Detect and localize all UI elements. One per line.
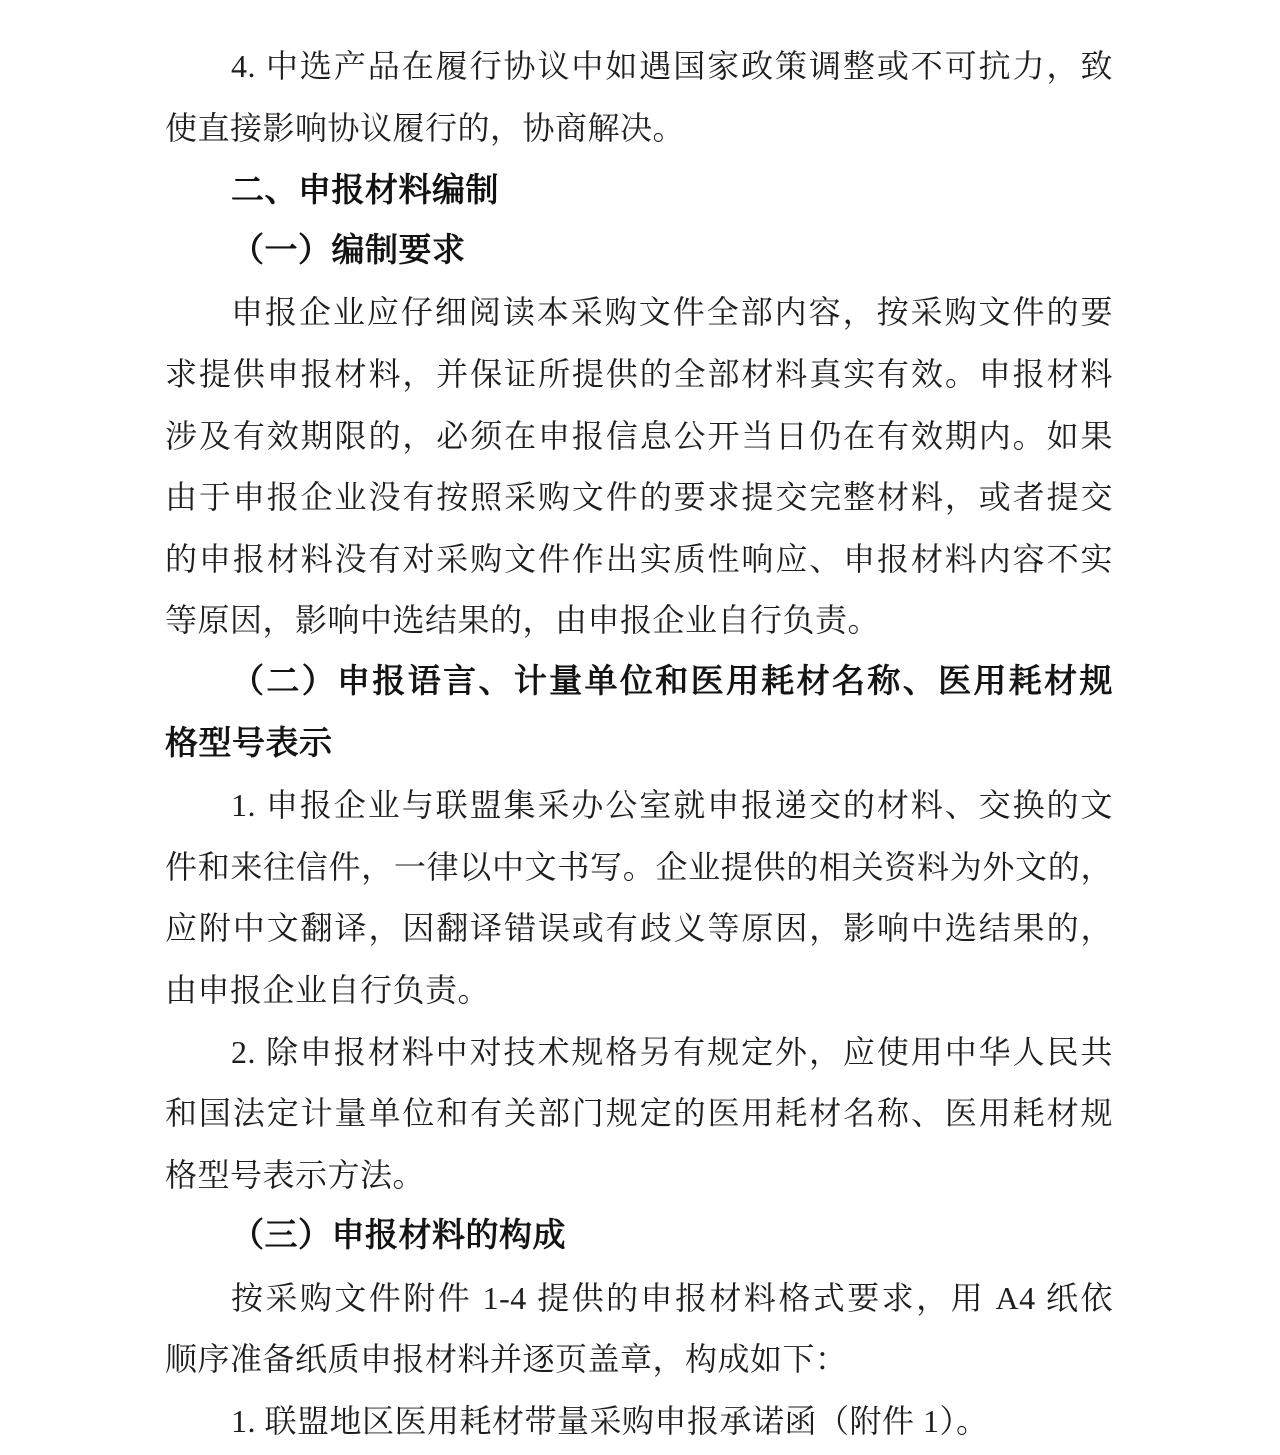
body-text-line: 顺序准备纸质申报材料并逐页盖章，构成如下： bbox=[165, 1329, 1113, 1391]
body-text-line: 1. 申报企业与联盟集采办公室就申报递交的材料、交换的文 bbox=[165, 775, 1113, 837]
subsection-heading: （二）申报语言、计量单位和医用耗材名称、医用耗材规 bbox=[165, 652, 1113, 714]
body-text-line: 和国法定计量单位和有关部门规定的医用耗材名称、医用耗材规 bbox=[165, 1083, 1113, 1145]
body-text-line: 涉及有效期限的，必须在申报信息公开当日仍在有效期内。如果 bbox=[165, 406, 1113, 468]
body-text-line: 4. 中选产品在履行协议中如遇国家政策调整或不可抗力，致 bbox=[165, 36, 1113, 98]
body-text-line: 由申报企业自行负责。 bbox=[165, 960, 1113, 1022]
body-text-line: 申报企业应仔细阅读本采购文件全部内容，按采购文件的要 bbox=[165, 282, 1113, 344]
subsection-heading: （一）编制要求 bbox=[165, 221, 1113, 283]
body-text-line: 使直接影响协议履行的，协商解决。 bbox=[165, 98, 1113, 160]
body-text-line: 由于申报企业没有按照采购文件的要求提交完整材料，或者提交 bbox=[165, 467, 1113, 529]
body-text-line: 求提供申报材料，并保证所提供的全部材料真实有效。申报材料 bbox=[165, 344, 1113, 406]
subsection-heading: （三）申报材料的构成 bbox=[165, 1206, 1113, 1268]
body-text-line: 等原因，影响中选结果的，由申报企业自行负责。 bbox=[165, 590, 1113, 652]
body-text-line: 1. 联盟地区医用耗材带量采购申报承诺函（附件 1）。 bbox=[165, 1391, 1113, 1453]
document-text-block: 4. 中选产品在履行协议中如遇国家政策调整或不可抗力，致使直接影响协议履行的，协… bbox=[165, 36, 1113, 1453]
body-text-line: 件和来往信件，一律以中文书写。企业提供的相关资料为外文的， bbox=[165, 837, 1113, 899]
document-page: 4. 中选产品在履行协议中如遇国家政策调整或不可抗力，致使直接影响协议履行的，协… bbox=[0, 0, 1280, 1455]
body-text-line: 应附中文翻译，因翻译错误或有歧义等原因，影响中选结果的， bbox=[165, 898, 1113, 960]
body-text-line: 格型号表示方法。 bbox=[165, 1145, 1113, 1207]
body-text-line: 2. 除申报材料中对技术规格另有规定外，应使用中华人民共 bbox=[165, 1022, 1113, 1084]
body-text-line: 按采购文件附件 1-4 提供的申报材料格式要求，用 A4 纸依 bbox=[165, 1268, 1113, 1330]
body-text-line: 的申报材料没有对采购文件作出实质性响应、申报材料内容不实 bbox=[165, 529, 1113, 591]
section-heading: 二、申报材料编制 bbox=[165, 159, 1113, 221]
subsection-heading: 格型号表示 bbox=[165, 714, 1113, 776]
